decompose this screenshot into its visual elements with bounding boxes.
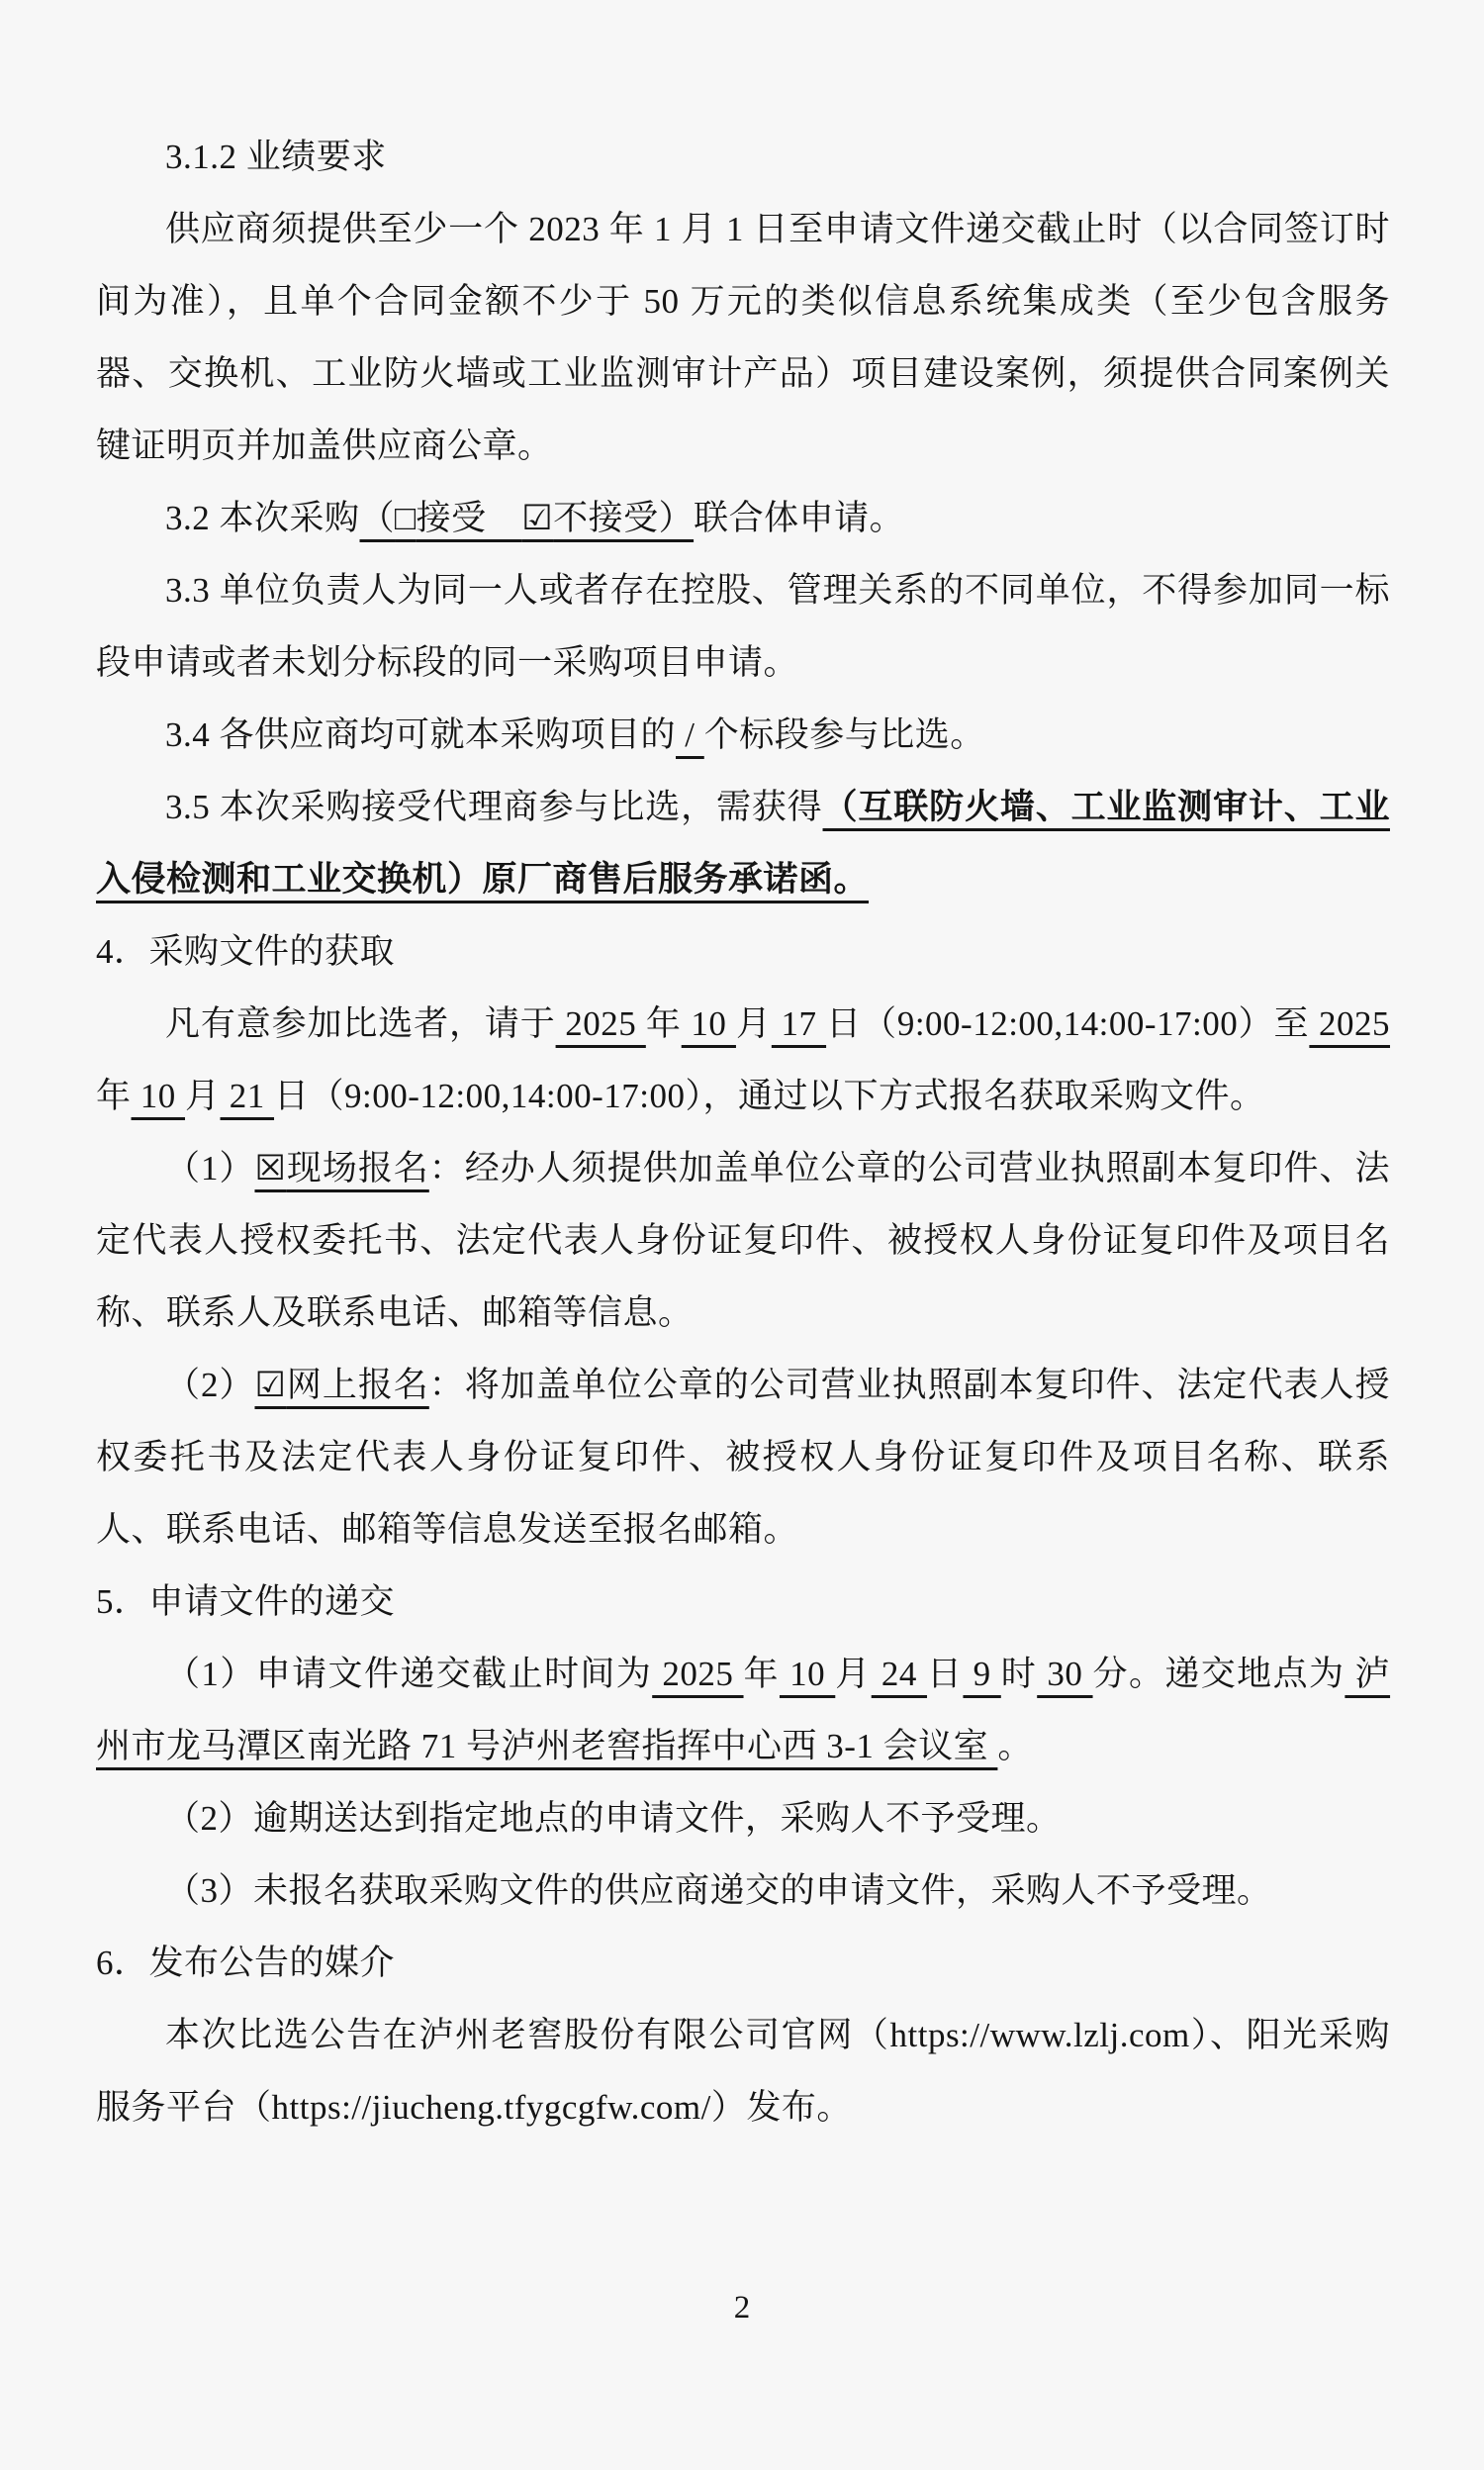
para-3-4-lot-participation: 3.4 各供应商均可就本采购项目的 / 个标段参与比选。 xyxy=(96,699,1390,771)
para-4-2-online-registration: （2）☑网上报名：将加盖单位公章的公司营业执照副本复印件、法定代表人授权委托书及… xyxy=(96,1349,1390,1566)
checkbox-crossed-icon: ☒ xyxy=(254,1149,286,1187)
text-run: 10 xyxy=(132,1077,186,1115)
slash-blank-field: / xyxy=(676,715,704,754)
text-run: 日 xyxy=(927,1655,963,1693)
text-run: 3.1.2 业绩要求 xyxy=(165,138,387,176)
text-run: 年 xyxy=(744,1655,780,1693)
para-6-announcement-media: 本次比选公告在泸州老窖股份有限公司官网（https://www.lzlj.com… xyxy=(96,1999,1390,2143)
section-5-heading: 5．申请文件的递交 xyxy=(96,1566,1390,1638)
text-run: 年 xyxy=(646,1004,682,1043)
section-6-heading: 6．发布公告的媒介 xyxy=(96,1927,1390,1999)
page-footer: 2 xyxy=(0,2288,1484,2327)
text-run: 分。递交地点为 xyxy=(1093,1655,1345,1693)
text-run: 不接受） xyxy=(553,499,694,537)
text-run: 9 xyxy=(963,1655,1000,1693)
para-3-5-agent-participation: 3.5 本次采购接受代理商参与比选，需获得（互联防火墙、工业监测审计、工业入侵检… xyxy=(96,771,1390,915)
text-run: （3）未报名获取采购文件的供应商递交的申请文件，采购人不予受理。 xyxy=(165,1871,1272,1910)
text-run: 3.4 各供应商均可就本采购项目的 xyxy=(165,715,676,754)
text-run: 本次比选公告在泸州老窖股份有限公司官网（https://www.lzlj.com… xyxy=(96,2016,1390,2127)
text-run: 现场报名 xyxy=(286,1149,428,1187)
para-5-1-submission-deadline: （1）申请文件递交截止时间为 2025 年 10 月 24 日 9 时 30 分… xyxy=(96,1638,1390,1782)
text-run: 3.5 本次采购接受代理商参与比选，需获得 xyxy=(165,788,823,826)
text-run: 10 xyxy=(682,1004,736,1043)
text-run: 。 xyxy=(997,1727,1033,1765)
para-3-2-consortium: 3.2 本次采购（□接受 ☑不接受）联合体申请。 xyxy=(96,482,1390,554)
text-run: 30 xyxy=(1037,1655,1092,1693)
text-run: 网上报名 xyxy=(286,1366,428,1404)
text-run: 日（9:00-12:00,14:00-17:00）至 xyxy=(826,1004,1309,1043)
para-4-document-acquisition: 凡有意参加比选者，请于 2025 年 10 月 17 日（9:00-12:00,… xyxy=(96,988,1390,1132)
text-run: （2） xyxy=(165,1366,254,1404)
text-run: 日（9:00-12:00,14:00-17:00），通过以下方式报名获取采购文件… xyxy=(274,1077,1264,1115)
text-run: 月 xyxy=(835,1655,871,1693)
text-run: 月 xyxy=(185,1077,221,1115)
text-run: 时 xyxy=(1001,1655,1037,1693)
para-3-3-same-responsible-person: 3.3 单位负责人为同一人或者存在控股、管理关系的不同单位，不得参加同一标段申请… xyxy=(96,554,1390,699)
document-body: 3.1.2 业绩要求供应商须提供至少一个 2023 年 1 月 1 日至申请文件… xyxy=(96,121,1390,2143)
text-run: 接受 xyxy=(417,499,522,537)
text-run: 21 xyxy=(221,1077,275,1115)
text-run: （2）逾期送达到指定地点的申请文件，采购人不予受理。 xyxy=(165,1799,1062,1838)
text-run: 凡有意参加比选者，请于 xyxy=(165,1004,556,1043)
text-run: 5．申请文件的递交 xyxy=(96,1582,395,1621)
para-5-3-unregistered-submission: （3）未报名获取采购文件的供应商递交的申请文件，采购人不予受理。 xyxy=(96,1854,1390,1927)
checkbox-checked-icon: ☑ xyxy=(521,499,553,537)
section-4-heading: 4．采购文件的获取 xyxy=(96,915,1390,988)
text-run: 3.2 本次采购 xyxy=(165,499,360,537)
text-run: 4．采购文件的获取 xyxy=(96,932,395,971)
para-4-1-onsite-registration: （1）☒现场报名：经办人须提供加盖单位公章的公司营业执照副本复印件、法定代表人授… xyxy=(96,1132,1390,1349)
text-run: 6．发布公告的媒介 xyxy=(96,1944,395,1982)
text-run: （1）申请文件递交截止时间为 xyxy=(165,1655,652,1693)
checkbox-checked-icon: ☑ xyxy=(254,1366,286,1404)
text-run: 年 xyxy=(96,1077,132,1115)
para-performance-requirement: 供应商须提供至少一个 2023 年 1 月 1 日至申请文件递交截止时（以合同签… xyxy=(96,193,1390,482)
text-run: 17 xyxy=(772,1004,826,1043)
text-run: 24 xyxy=(872,1655,927,1693)
page-number: 2 xyxy=(734,2290,751,2326)
text-run: （1） xyxy=(165,1149,254,1187)
document-page: 3.1.2 业绩要求供应商须提供至少一个 2023 年 1 月 1 日至申请文件… xyxy=(0,0,1484,2470)
text-run: 2025 xyxy=(652,1655,743,1693)
text-run: 2025 xyxy=(556,1004,646,1043)
para-5-2-late-submission: （2）逾期送达到指定地点的申请文件，采购人不予受理。 xyxy=(96,1782,1390,1854)
text-run: 10 xyxy=(780,1655,835,1693)
text-run: 3.3 单位负责人为同一人或者存在控股、管理关系的不同单位，不得参加同一标段申请… xyxy=(96,571,1390,682)
text-run: 2025 xyxy=(1309,1004,1390,1043)
text-run: 月 xyxy=(736,1004,772,1043)
text-run: （ xyxy=(360,499,396,537)
text-run: 个标段参与比选。 xyxy=(704,715,985,754)
text-run: 联合体申请。 xyxy=(694,499,904,537)
section-3-1-2-heading: 3.1.2 业绩要求 xyxy=(96,121,1390,193)
text-run: 供应商须提供至少一个 2023 年 1 月 1 日至申请文件递交截止时（以合同签… xyxy=(96,210,1390,465)
checkbox-unchecked-icon: □ xyxy=(395,499,417,537)
